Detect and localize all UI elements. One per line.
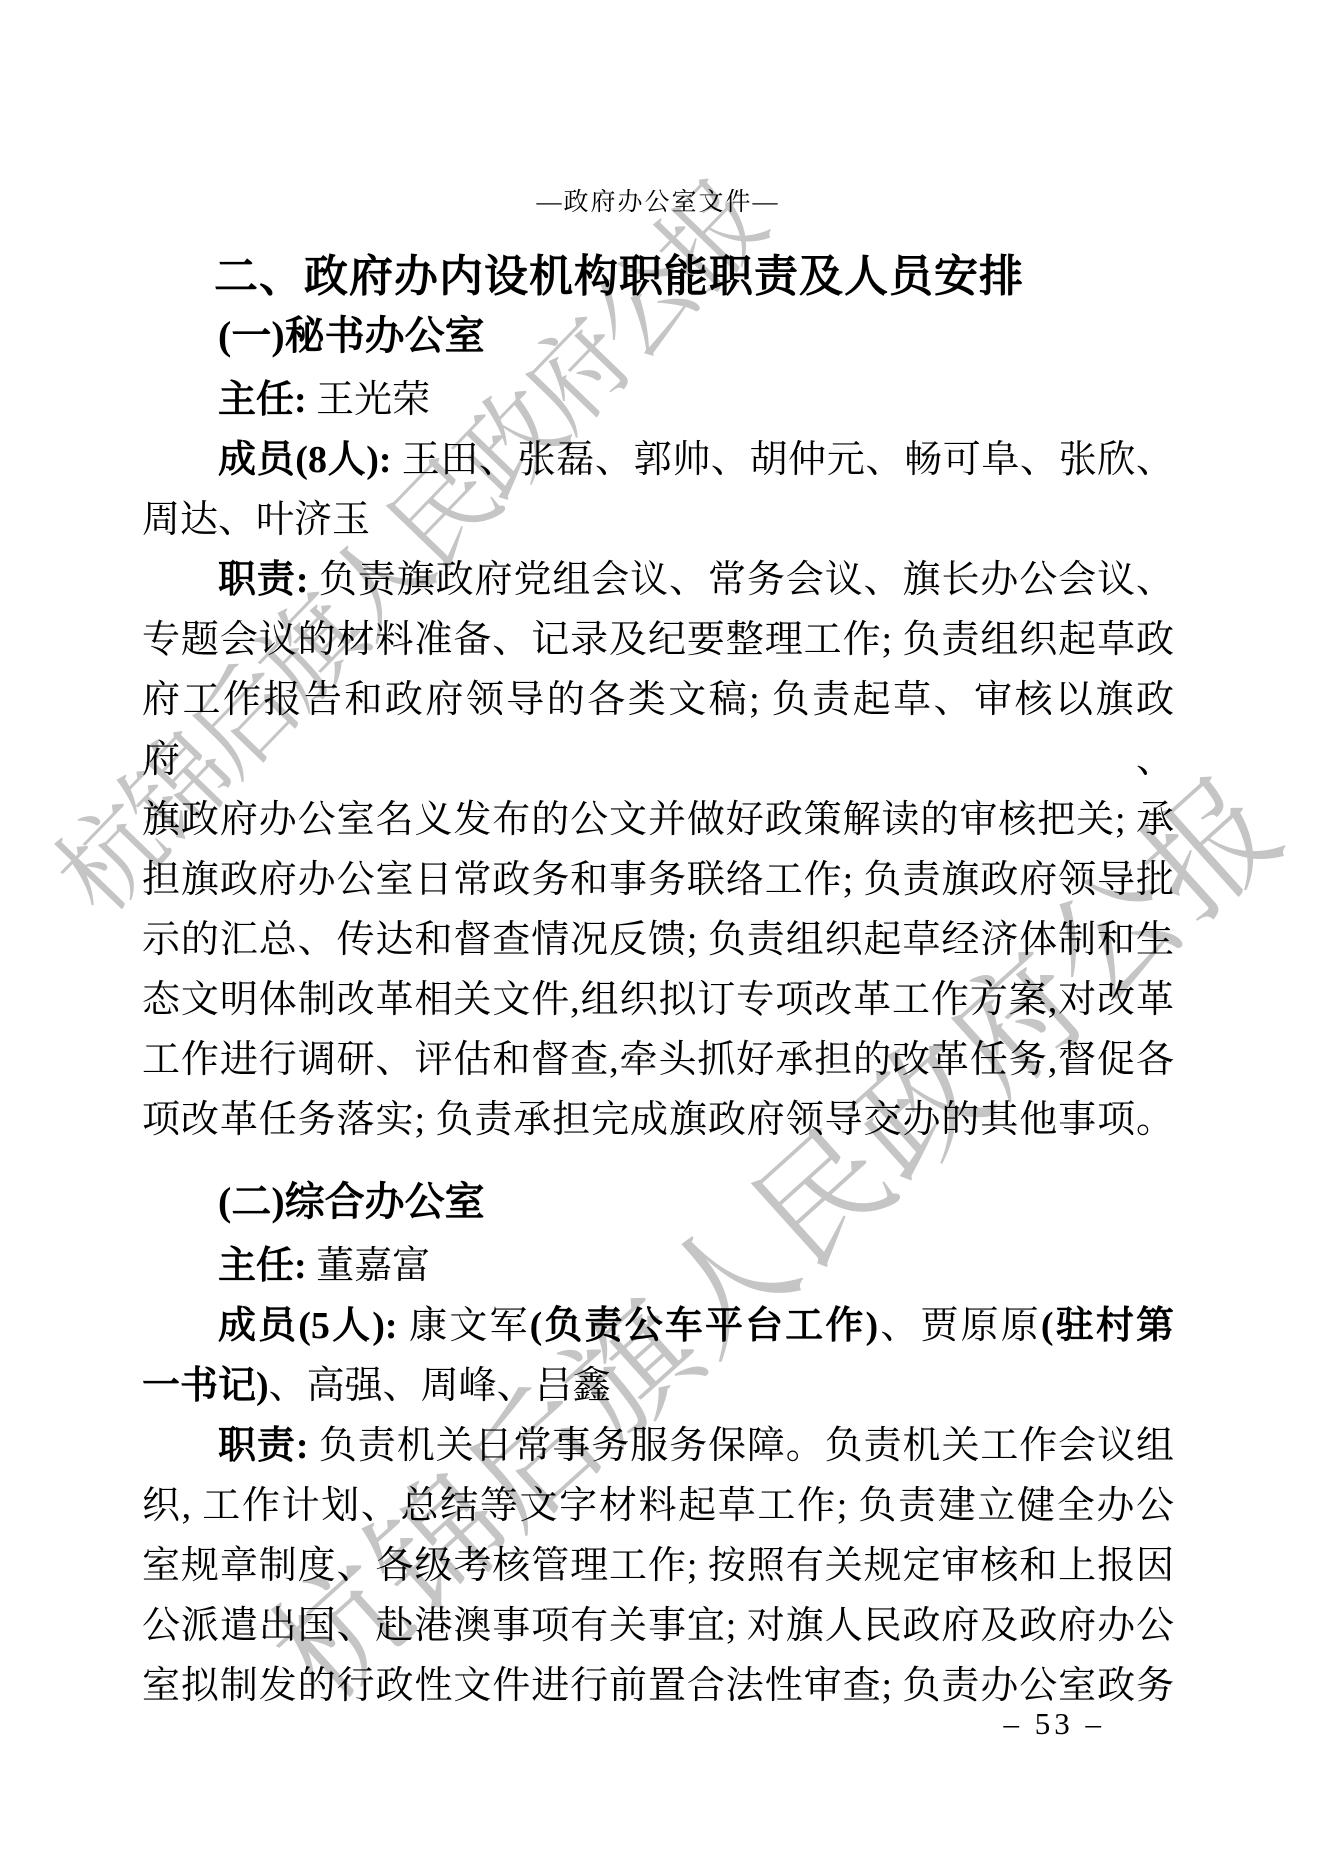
section-heading: 二、政府办内设机构职能职责及人员安排 (142, 250, 1174, 304)
document-line: 态文明体制改革相关文件,组织拟订专项改革工作方案,对改革 (142, 970, 1174, 1030)
document-line: 室规章制度、各级考核管理工作; 按照有关规定审核和上报因 (142, 1536, 1174, 1596)
page-header-title: —政府办公室文件— (142, 188, 1174, 218)
bold-label: 职责: (218, 1425, 308, 1467)
text-run: 周达、叶济玉 (142, 499, 370, 541)
document-page: 杭锦后旗人民政府公报 杭锦后旗人民政府公报 —政府办公室文件— 二、政府办内设机… (0, 0, 1317, 1865)
document-line: 项改革任务落实; 负责承担完成旗政府领导交办的其他事项。 (142, 1090, 1174, 1150)
text-run: 负责机关日常事务服务保障。负责机关工作会议组 (308, 1425, 1174, 1467)
text-run: 负责旗政府党组会议、常务会议、旗长办公会议、 (308, 559, 1174, 601)
bold-label: 一书记) (142, 1365, 269, 1407)
bold-label: (负责公车平台工作) (530, 1305, 879, 1347)
subsection-title: (一)秘书办公室 (142, 312, 1174, 360)
bold-label: (驻村第 (1041, 1305, 1174, 1347)
bold-label: 成员(5人): (218, 1305, 398, 1347)
document-line: 职责: 负责机关日常事务服务保障。负责机关工作会议组 (142, 1416, 1174, 1476)
document-line: 成员(8人): 王田、张磊、郭帅、胡仲元、畅可阜、张欣、 (142, 430, 1174, 490)
text-run: 府工作报告和政府领导的各类文稿; 负责起草、审核以旗政府、 (142, 679, 1174, 781)
page-number: – 53 – (1004, 1706, 1106, 1742)
document-body: (一)秘书办公室主任: 王光荣成员(8人): 王田、张磊、郭帅、胡仲元、畅可阜、… (142, 312, 1174, 1716)
subsection-title: (二)综合办公室 (142, 1178, 1174, 1226)
text-run: 董嘉富 (307, 1245, 431, 1287)
bold-label: 职责: (218, 559, 308, 601)
document-body-column: —政府办公室文件— 二、政府办内设机构职能职责及人员安排 (一)秘书办公室主任:… (142, 0, 1174, 1716)
document-line: 主任: 董嘉富 (142, 1236, 1174, 1296)
document-line: 旗政府办公室名义发布的公文并做好政策解读的审核把关; 承 (142, 790, 1174, 850)
text-run: 康文军 (398, 1305, 530, 1347)
text-run: 工作进行调研、评估和督查,牵头抓好承担的改革任务,督促各 (142, 1039, 1174, 1081)
text-run: 王田、张磊、郭帅、胡仲元、畅可阜、张欣、 (392, 439, 1174, 481)
text-run: 态文明体制改革相关文件,组织拟订专项改革工作方案,对改革 (142, 979, 1174, 1021)
text-run: 公派遣出国、赴港澳事项有关事宜; 对旗人民政府及政府办公 (142, 1605, 1174, 1647)
text-run: 担旗政府办公室日常政务和事务联络工作; 负责旗政府领导批 (142, 859, 1174, 901)
text-run: 项改革任务落实; 负责承担完成旗政府领导交办的其他事项。 (142, 1099, 1174, 1141)
document-line: 周达、叶济玉 (142, 490, 1174, 550)
document-line: 府工作报告和政府领导的各类文稿; 负责起草、审核以旗政府、 (142, 670, 1174, 790)
bold-label: 成员(8人): (218, 439, 392, 481)
bold-label: 主任: (218, 1245, 307, 1287)
document-line: 成员(5人): 康文军(负责公车平台工作)、贾原原(驻村第 (142, 1296, 1174, 1356)
document-line: 担旗政府办公室日常政务和事务联络工作; 负责旗政府领导批 (142, 850, 1174, 910)
text-run: 旗政府办公室名义发布的公文并做好政策解读的审核把关; 承 (142, 799, 1174, 841)
document-line: 一书记)、高强、周峰、吕鑫 (142, 1356, 1174, 1416)
document-line: 专题会议的材料准备、记录及纪要整理工作; 负责组织起草政 (142, 610, 1174, 670)
document-line: 示的汇总、传达和督查情况反馈; 负责组织起草经济体制和生 (142, 910, 1174, 970)
text-run: 专题会议的材料准备、记录及纪要整理工作; 负责组织起草政 (142, 619, 1174, 661)
document-line: 主任: 王光荣 (142, 370, 1174, 430)
text-run: 、贾原原 (878, 1305, 1041, 1347)
document-line: 工作进行调研、评估和督查,牵头抓好承担的改革任务,督促各 (142, 1030, 1174, 1090)
bold-label: 主任: (218, 379, 307, 421)
document-line: 织, 工作计划、总结等文字材料起草工作; 负责建立健全办公 (142, 1476, 1174, 1536)
document-line: 公派遣出国、赴港澳事项有关事宜; 对旗人民政府及政府办公 (142, 1596, 1174, 1656)
text-run: 王光荣 (307, 379, 431, 421)
document-line: 职责: 负责旗政府党组会议、常务会议、旗长办公会议、 (142, 550, 1174, 610)
text-run: 室规章制度、各级考核管理工作; 按照有关规定审核和上报因 (142, 1545, 1174, 1587)
text-run: 、高强、周峰、吕鑫 (269, 1365, 611, 1407)
text-run: 示的汇总、传达和督查情况反馈; 负责组织起草经济体制和生 (142, 919, 1174, 961)
text-run: 室拟制发的行政性文件进行前置合法性审查; 负责办公室政务 (142, 1665, 1174, 1707)
text-run: 织, 工作计划、总结等文字材料起草工作; 负责建立健全办公 (142, 1485, 1174, 1527)
